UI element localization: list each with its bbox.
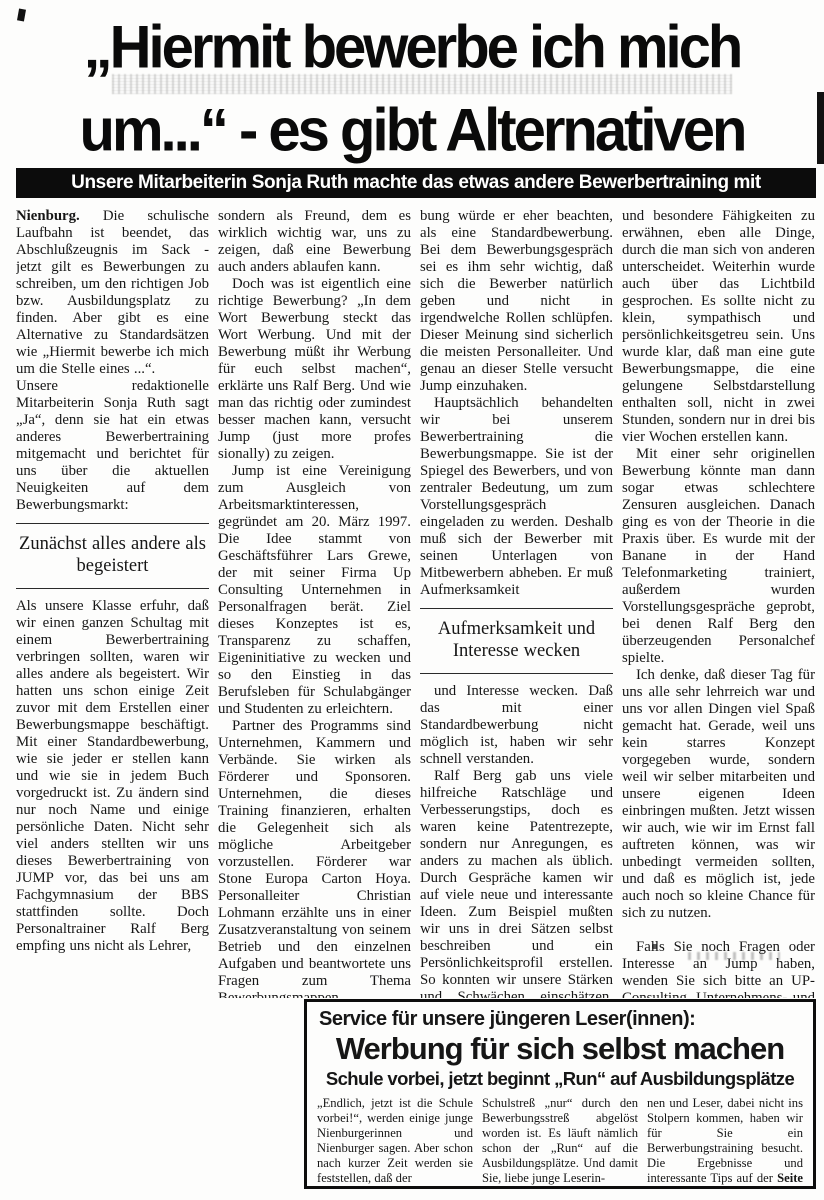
article-column-3: bung würde er eher beachten, als eine St… [420, 208, 613, 998]
paragraph: Ich denke, daß dieser Tag für uns alle s… [622, 667, 815, 922]
crosshead-1: Zunächst alles andere als begeistert [16, 523, 209, 589]
paragraph: „Endlich, jetzt ist die Schule vorbei!“,… [317, 1096, 473, 1187]
paragraph: Ralf Berg gab uns viele hilfreiche Ratsc… [420, 768, 613, 998]
dateline: Nienburg. [16, 208, 80, 224]
service-box-body: „Endlich, jetzt ist die Schule vorbei!“,… [317, 1096, 803, 1189]
paragraph: und besondere Fähigkeiten zu erwähnen, e… [622, 208, 815, 446]
crosshead-2: Aufmerksamkeit und Interesse wecken [420, 608, 613, 674]
kicker-bar: Unsere Mitarbeiterin Sonja Ruth machte d… [16, 168, 816, 198]
paragraph: Mit einer sehr originellen Bewerbung kön… [622, 446, 815, 667]
article-body: Nienburg. Die schulische Laufbahn ist be… [16, 208, 816, 998]
service-box-subtitle: Schule vorbei, jetzt beginnt „Run“ auf A… [317, 1067, 803, 1090]
paragraph: bung würde er eher beachten, als eine St… [420, 208, 613, 395]
service-column-1: „Endlich, jetzt ist die Schule vorbei!“,… [317, 1096, 473, 1189]
paragraph: Schulstreß „nur“ durch den Bewerbungsstr… [482, 1096, 638, 1187]
paragraph: Unsere redaktionelle Mitarbeiterin Sonja… [16, 378, 209, 514]
paragraph: Als unsere Klasse erfuhr, daß wir einen … [16, 598, 209, 955]
paragraph: Doch was ist eigentlich eine richtige Be… [218, 276, 411, 463]
newspaper-page: „Hiermit bewerbe ich mich um...“ - es gi… [0, 0, 824, 1200]
article-column-4: und besondere Fähigkeiten zu erwähnen, e… [622, 208, 815, 998]
service-column-3: nen und Leser, dabei nicht ins Stolpern … [647, 1096, 803, 1189]
contact-paragraph: Falls Sie noch Fragen oder Interesse an … [622, 939, 815, 998]
service-box-kicker: Service für unsere jüngeren Leser(innen)… [319, 1007, 803, 1031]
lead-paragraph: Nienburg. Die schulische Laufbahn ist be… [16, 208, 209, 378]
main-headline: „Hiermit bewerbe ich mich um...“ - es gi… [20, 6, 804, 172]
service-box-title: Werbung für sich selbst machen [317, 1032, 803, 1066]
article-column-2: sondern als Freund, dem es wirklich wich… [218, 208, 411, 998]
paragraph: sondern als Freund, dem es wirklich wich… [218, 208, 411, 276]
headline-line-1: „Hiermit bewerbe ich mich [20, 6, 804, 89]
service-box: Service für unsere jüngeren Leser(innen)… [304, 999, 816, 1189]
paragraph: und Interesse wecken. Daß das mit einer … [420, 683, 613, 768]
paragraph: Hauptsächlich behandelten wir bei unsere… [420, 395, 613, 599]
paragraph: Jump ist eine Vereinigung zum Ausgleich … [218, 463, 411, 718]
article-column-1: Nienburg. Die schulische Laufbahn ist be… [16, 208, 209, 998]
paragraph: nen und Leser, dabei nicht ins Stolpern … [647, 1096, 803, 1189]
lead-text: Die schulische Laufbahn ist beendet, das… [16, 208, 209, 377]
service-column-2: Schulstreß „nur“ durch den Bewerbungsstr… [482, 1096, 638, 1189]
headline-line-2: um...“ - es gibt Alternativen [20, 89, 804, 172]
paragraph: Partner des Programms sind Unternehmen, … [218, 718, 411, 998]
scan-artifact-right-edge [817, 92, 824, 164]
paragraph-end: . [653, 1187, 656, 1189]
